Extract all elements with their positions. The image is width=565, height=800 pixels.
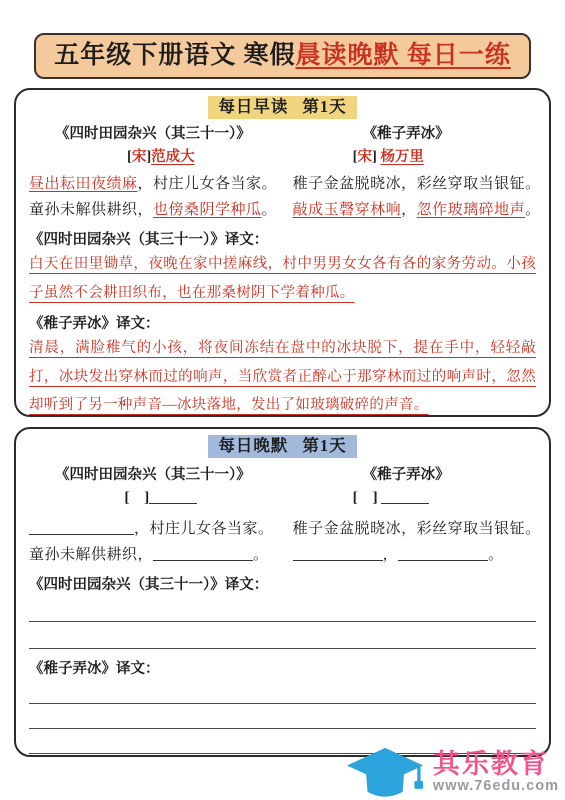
poem1-translation-text: 白天在田里锄草，夜晚在家中搓麻线，村中男男女女各有各的家务劳动。小孩子虽然不会耕…	[29, 250, 536, 307]
poem1-line2: 童孙未解供耕织，也傍桑阴学种瓜。	[29, 197, 293, 223]
poem2-author: [宋] 杨万里	[293, 145, 536, 171]
evening-poem2-line2-comma: ，	[383, 547, 399, 563]
evening-poem-line2-row: 童孙未解供耕织，。 ，。	[29, 542, 536, 568]
poem2-author-name: 杨万里	[380, 149, 424, 165]
answer-line	[29, 622, 536, 649]
evening-badge-label: 每日晚默	[218, 436, 288, 455]
poem2-line2-highlight1: 敲成玉磬穿林响	[293, 202, 402, 218]
poem2-line2-comma: ，	[401, 202, 417, 218]
evening-poem1-line1: ，村庄儿女各当家。	[29, 516, 293, 542]
poem1-title: 《四时田园杂兴（其三十一）》	[29, 122, 293, 145]
evening-day-label: 第1天	[302, 436, 346, 455]
logo-website-url: www.76edu.com	[433, 778, 559, 794]
poem2-line2-highlight2: 忽作玻璃碎地声	[417, 202, 526, 218]
morning-badge-label: 每日早读	[218, 97, 288, 116]
dynasty-blank-bracket: [ ]	[353, 490, 378, 506]
morning-poem-titles-row: 《四时田园杂兴（其三十一）》 《稚子弄冰》	[29, 122, 536, 145]
answer-line	[29, 704, 536, 729]
evening-authors-row: [ ] [ ]	[29, 486, 536, 516]
worksheet-page: 五年级下册语文 寒假晨读晚默 每日一练 每日早读第1天 《四时田园杂兴（其三十一…	[0, 0, 565, 800]
bracket-close: ]	[372, 149, 377, 165]
morning-panel-header: 每日早读第1天	[29, 96, 536, 120]
morning-authors-row: [宋]范成大 [宋] 杨万里	[29, 145, 536, 171]
evening-poem2-line2: ，。	[293, 542, 536, 568]
evening-poem1-line2: 童孙未解供耕织，。	[29, 542, 293, 568]
answer-line	[29, 679, 536, 704]
author-blank-line	[149, 490, 197, 504]
evening-poem2-line2-period: 。	[488, 547, 504, 563]
morning-poem-line2-row: 童孙未解供耕织，也傍桑阴学种瓜。 敲成玉磬穿林响，忽作玻璃碎地声。	[29, 197, 536, 223]
verse-blank-line	[398, 547, 488, 561]
morning-poem-line1-row: 昼出耘田夜绩麻，村庄儿女各当家。 稚子金盆脱晓冰，彩丝穿取当银钲。	[29, 171, 536, 197]
morning-badge: 每日早读第1天	[208, 96, 356, 119]
poem1-line1: 昼出耘田夜绩麻，村庄儿女各当家。	[29, 171, 293, 197]
evening-poem2-line1: 稚子金盆脱晓冰，彩丝穿取当银钲。	[293, 516, 541, 542]
logo-brand-name: 其乐教育	[433, 750, 559, 778]
poem2-dynasty: 宋	[357, 149, 372, 165]
evening-poem1-line1-rest: ，村庄儿女各当家。	[134, 521, 274, 537]
evening-poem2-title: 《稚子弄冰》	[293, 463, 536, 486]
evening-poem1-line2-start: 童孙未解供耕织，	[29, 547, 153, 563]
evening-trans2-label: 《稚子弄冰》译文：	[29, 657, 536, 679]
poem1-line2-start: 童孙未解供耕织，	[29, 202, 153, 218]
author-blank-line	[381, 490, 429, 504]
poem2-title: 《稚子弄冰》	[293, 122, 536, 145]
poem2-translation-label: 《稚子弄冰》译文：	[29, 312, 536, 334]
poem2-translation-text: 清晨，满脸稚气的小孩，将夜间冻结在盘中的冰块脱下，提在手中，轻轻敲打，冰块发出穿…	[29, 334, 536, 420]
verse-blank-line	[29, 521, 134, 535]
evening-badge: 每日晚默第1天	[208, 435, 356, 458]
evening-poem-line1-row: ，村庄儿女各当家。 稚子金盆脱晓冰，彩丝穿取当银钲。	[29, 516, 536, 542]
morning-day-label: 第1天	[302, 97, 346, 116]
morning-reading-panel: 每日早读第1天 《四时田园杂兴（其三十一）》 《稚子弄冰》 [宋]范成大 [宋]…	[14, 88, 551, 417]
poem1-translation-label: 《四时田园杂兴（其三十一）》译文：	[29, 228, 536, 250]
poem2-line1: 稚子金盆脱晓冰，彩丝穿取当银钲。	[293, 171, 541, 197]
poem1-line2-period: 。	[262, 202, 278, 218]
poem1-line2-highlight: 也傍桑阴学种瓜	[153, 202, 262, 218]
evening-poem2-author-blank: [ ]	[293, 486, 536, 516]
evening-dictation-panel: 每日晚默第1天 《四时田园杂兴（其三十一）》 《稚子弄冰》 [ ] [ ] ，村…	[14, 427, 551, 757]
title-text-red: 晨读晚默 每日一练	[296, 42, 511, 69]
evening-poem-titles-row: 《四时田园杂兴（其三十一）》 《稚子弄冰》	[29, 463, 536, 486]
verse-blank-line	[153, 547, 253, 561]
poem1-author-name: 范成大	[151, 149, 195, 165]
evening-poem1-line2-period: 。	[253, 547, 269, 563]
title-text-black: 五年级下册语文 寒假	[54, 42, 295, 69]
evening-poem1-title: 《四时田园杂兴（其三十一）》	[29, 463, 293, 486]
graduation-cap-icon	[347, 746, 429, 800]
dynasty-blank-bracket: [ ]	[124, 490, 149, 506]
evening-poem1-author-blank: [ ]	[29, 486, 293, 516]
poem1-line1-highlight: 昼出耘田夜绩麻	[29, 176, 138, 192]
evening-trans1-label: 《四时田园杂兴（其三十一）》译文：	[29, 573, 536, 595]
verse-blank-line	[293, 547, 383, 561]
worksheet-title: 五年级下册语文 寒假晨读晚默 每日一练	[34, 33, 531, 79]
qile-education-logo: 其乐教育 www.76edu.com	[347, 746, 559, 798]
poem1-line1-rest: ，村庄儿女各当家。	[138, 176, 278, 192]
logo-text-block: 其乐教育 www.76edu.com	[433, 750, 559, 794]
evening-panel-header: 每日晚默第1天	[29, 435, 536, 459]
poem1-author: [宋]范成大	[29, 145, 293, 171]
poem1-dynasty: 宋	[132, 149, 147, 165]
poem2-line2: 敲成玉磬穿林响，忽作玻璃碎地声。	[293, 197, 541, 223]
poem2-line2-period: 。	[525, 202, 541, 218]
answer-line	[29, 595, 536, 622]
